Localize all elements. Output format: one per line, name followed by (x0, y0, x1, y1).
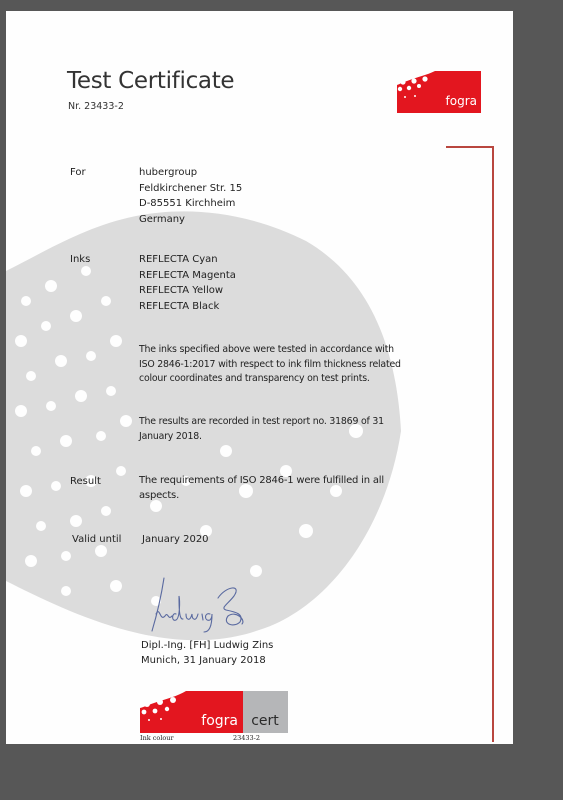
signature (146, 576, 256, 634)
address-line: Germany (139, 212, 242, 228)
address-line: D-85551 Kirchheim (139, 196, 242, 212)
signer-name: Dipl.-Ing. [FH] Ludwig Zins (141, 639, 273, 654)
fogra-logo: fogra (397, 71, 481, 113)
ink-colour-caption: Ink colour (140, 734, 174, 742)
ink-item: REFLECTA Magenta (139, 268, 236, 284)
ink-item: REFLECTA Yellow (139, 283, 236, 299)
address-line: Feldkirchener Str. 15 (139, 181, 242, 197)
ink-item: REFLECTA Cyan (139, 252, 236, 268)
certificate-title: Test Certificate (67, 68, 234, 94)
frame-line-top (446, 146, 493, 148)
inks-label: Inks (70, 254, 90, 265)
valid-until-label: Valid until (72, 534, 121, 545)
certificate-number: Nr. 23433-2 (68, 101, 124, 112)
ink-item: REFLECTA Black (139, 299, 236, 315)
cert-wordmark: cert (251, 713, 279, 729)
inks-list: REFLECTA Cyan REFLECTA Magenta REFLECTA … (139, 252, 236, 314)
valid-until-value: January 2020 (142, 532, 209, 548)
customer-address: hubergroup Feldkirchener Str. 15 D-85551… (139, 165, 242, 227)
signer-block: Dipl.-Ing. [FH] Ludwig Zins Munich, 31 J… (141, 639, 273, 668)
fogra-wordmark: fogra (201, 713, 238, 729)
result-label: Result (70, 476, 101, 487)
test-description: The inks specified above were tested in … (139, 343, 404, 387)
address-line: hubergroup (139, 165, 242, 181)
for-label: For (70, 167, 86, 178)
signing-place-date: Munich, 31 January 2018 (141, 654, 273, 669)
cert-logo-number: 23433-2 (233, 734, 260, 742)
frame-line-right (492, 146, 494, 742)
fogra-cert-logo: fogra cert (140, 691, 288, 733)
test-report-reference: The results are recorded in test report … (139, 415, 404, 444)
result-text: The requirements of ISO 2846-1 were fulf… (139, 474, 409, 503)
fogra-wordmark: fogra (446, 94, 477, 108)
certificate-page: Test Certificate Nr. 23433-2 fogra For h… (6, 11, 513, 744)
